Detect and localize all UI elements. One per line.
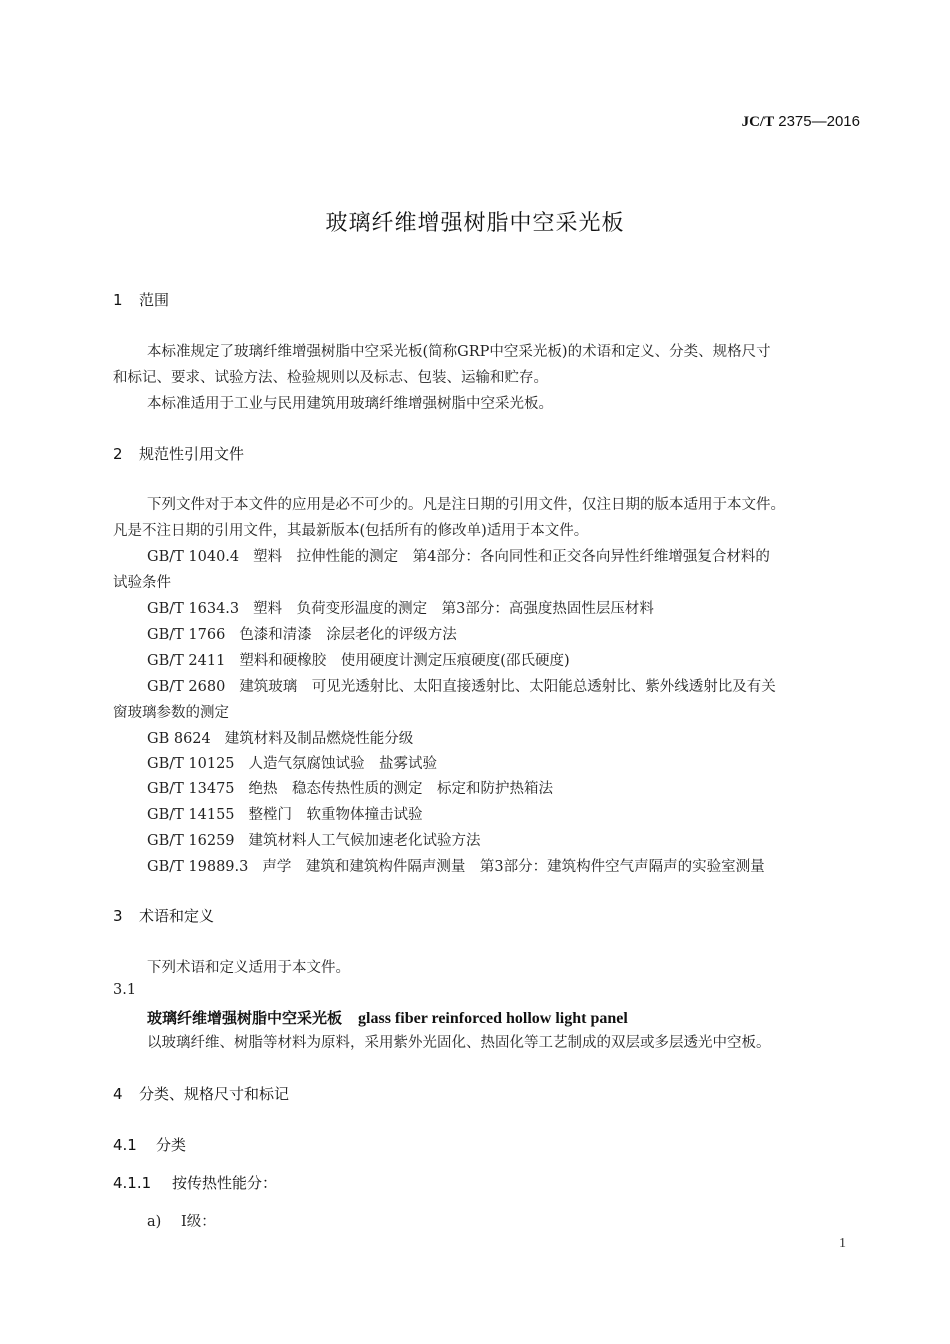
section-number: 4 — [113, 1085, 139, 1103]
reference-title: 塑料和硬橡胶 使用硬度计测定压痕硬度(邵氏硬度) — [239, 653, 569, 669]
reference-code: GB/T 2680 — [147, 679, 225, 695]
term-definition: 以玻璃纤维、树脂等材料为原料，采用紫外光固化、热固化等工艺制成的双层或多层透光中… — [147, 1031, 771, 1052]
paragraph: 下列术语和定义适用于本文件。 — [147, 956, 350, 977]
subsection-title: 按传热性能分： — [172, 1174, 277, 1192]
reference-code: GB/T 1634.3 — [147, 601, 239, 617]
reference-item: GB/T 2680建筑玻璃 可见光透射比、太阳直接透射比、太阳能总透射比、紫外线… — [147, 675, 776, 696]
reference-item: GB/T 13475绝热 稳态传热性质的测定 标定和防护热箱法 — [147, 777, 553, 798]
reference-item: GB/T 1634.3塑料 负荷变形温度的测定 第3部分：高强度热固性层压材料 — [147, 597, 654, 618]
reference-title: 建筑玻璃 可见光透射比、太阳直接透射比、太阳能总透射比、紫外线透射比及有关 — [239, 679, 776, 695]
section-number: 2 — [113, 445, 139, 463]
section-number: 1 — [113, 291, 139, 309]
reference-code: GB 8624 — [147, 731, 211, 747]
standard-number: 2375—2016 — [778, 113, 860, 130]
paragraph: 凡是不注日期的引用文件，其最新版本(包括所有的修改单)适用于本文件。 — [113, 519, 588, 540]
reference-item: GB/T 10125人造气氛腐蚀试验 盐雾试验 — [147, 752, 437, 773]
reference-title: 塑料 负荷变形温度的测定 第3部分：高强度热固性层压材料 — [253, 601, 654, 617]
standard-prefix: JC/T — [742, 114, 775, 130]
reference-continuation: 试验条件 — [113, 571, 171, 592]
section-1-heading: 1范围 — [113, 289, 169, 310]
reference-code: GB/T 19889.3 — [147, 859, 248, 875]
reference-item: GB/T 1040.4塑料 拉伸性能的测定 第4部分：各向同性和正交各向异性纤维… — [147, 545, 770, 566]
reference-code: GB/T 10125 — [147, 756, 235, 772]
list-item: a)Ⅰ级： — [147, 1210, 216, 1231]
subsection-title: 分类 — [156, 1136, 186, 1154]
reference-code: GB/T 1766 — [147, 627, 225, 643]
paragraph: 下列文件对于本文件的应用是必不可少的。凡是注日期的引用文件，仅注日期的版本适用于… — [147, 493, 785, 514]
reference-code: GB/T 1040.4 — [147, 549, 239, 565]
reference-item: GB 8624建筑材料及制品燃烧性能分级 — [147, 727, 413, 748]
reference-item: GB/T 19889.3声学 建筑和建筑构件隔声测量 第3部分：建筑构件空气声隔… — [147, 855, 765, 876]
reference-code: GB/T 13475 — [147, 781, 235, 797]
reference-item: GB/T 1766色漆和清漆 涂层老化的评级方法 — [147, 623, 457, 644]
reference-title: 塑料 拉伸性能的测定 第4部分：各向同性和正交各向异性纤维增强复合材料的 — [253, 549, 770, 565]
standard-code: JC/T 2375—2016 — [742, 113, 860, 131]
paragraph: 和标记、要求、试验方法、检验规则以及标志、包装、运输和贮存。 — [113, 366, 548, 387]
reference-item: GB/T 2411塑料和硬橡胶 使用硬度计测定压痕硬度(邵氏硬度) — [147, 649, 570, 670]
section-3-heading: 3术语和定义 — [113, 905, 214, 926]
section-2-heading: 2规范性引用文件 — [113, 443, 244, 464]
section-title: 分类、规格尺寸和标记 — [139, 1085, 289, 1103]
term-chinese: 玻璃纤维增强树脂中空采光板 — [147, 1009, 342, 1027]
subsection-4-1-1-heading: 4.1.1按传热性能分： — [113, 1172, 277, 1193]
reference-title: 绝热 稳态传热性质的测定 标定和防护热箱法 — [249, 781, 554, 797]
reference-title: 建筑材料人工气候加速老化试验方法 — [249, 833, 481, 849]
subsection-number: 4.1.1 — [113, 1174, 172, 1192]
section-title: 规范性引用文件 — [139, 445, 244, 463]
reference-title: 色漆和清漆 涂层老化的评级方法 — [239, 627, 457, 643]
list-item-text: Ⅰ级： — [181, 1214, 216, 1230]
section-title: 术语和定义 — [139, 907, 214, 925]
section-4-heading: 4分类、规格尺寸和标记 — [113, 1083, 289, 1104]
document-page: JC/T 2375—2016 玻璃纤维增强树脂中空采光板 1范围 本标准规定了玻… — [0, 0, 950, 1344]
reference-title: 声学 建筑和建筑构件隔声测量 第3部分：建筑构件空气声隔声的实验室测量 — [262, 859, 764, 875]
subsection-4-1-heading: 4.1分类 — [113, 1134, 186, 1155]
reference-code: GB/T 2411 — [147, 653, 225, 669]
reference-title: 人造气氛腐蚀试验 盐雾试验 — [249, 756, 438, 772]
term-number: 3.1 — [113, 982, 136, 998]
reference-title: 建筑材料及制品燃烧性能分级 — [225, 731, 414, 747]
reference-code: GB/T 16259 — [147, 833, 235, 849]
reference-item: GB/T 14155整樘门 软重物体撞击试验 — [147, 803, 423, 824]
list-item-label: a) — [147, 1214, 181, 1230]
paragraph: 本标准适用于工业与民用建筑用玻璃纤维增强树脂中空采光板。 — [147, 392, 553, 413]
term-english: glass fiber reinforced hollow light pane… — [358, 1010, 628, 1027]
reference-code: GB/T 14155 — [147, 807, 235, 823]
paragraph: 本标准规定了玻璃纤维增强树脂中空采光板(简称GRP中空采光板)的术语和定义、分类… — [147, 340, 771, 361]
reference-title: 整樘门 软重物体撞击试验 — [249, 807, 423, 823]
reference-continuation: 窗玻璃参数的测定 — [113, 701, 229, 722]
reference-item: GB/T 16259建筑材料人工气候加速老化试验方法 — [147, 829, 481, 850]
term-entry: 玻璃纤维增强树脂中空采光板glass fiber reinforced holl… — [147, 1007, 628, 1028]
section-number: 3 — [113, 907, 139, 925]
document-title: 玻璃纤维增强树脂中空采光板 — [0, 206, 950, 237]
subsection-number: 4.1 — [113, 1136, 156, 1154]
page-number: 1 — [839, 1236, 846, 1252]
section-title: 范围 — [139, 291, 169, 309]
